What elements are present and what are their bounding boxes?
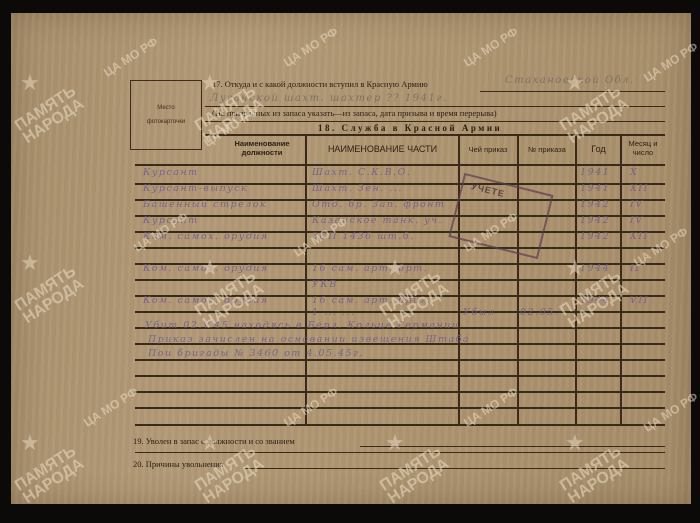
item20-underline <box>245 468 665 469</box>
cell-order-number: 02.05. <box>520 307 559 318</box>
table-top-border <box>205 134 665 136</box>
cell-month: XII <box>630 231 649 242</box>
cell-unit: Шахт. С.К.В.О. <box>312 167 411 178</box>
header-year: Год <box>577 145 620 154</box>
cell-position: Курсант <box>143 215 199 226</box>
note-line-3: Пои бригады № 3460 от 4.05.45г. <box>148 348 364 359</box>
cell-month: IV <box>630 215 644 226</box>
cell-position: Курсант-выпуск <box>143 183 248 194</box>
cell-unit: 16 сам. арт. бриг. <box>312 295 432 306</box>
cell-year: 1941 <box>580 183 610 194</box>
item17-underline-2 <box>205 106 665 107</box>
cell-unit: 1 ... ... <box>312 307 356 318</box>
item19-underline-2 <box>135 452 665 453</box>
table-bottom-border <box>135 424 665 426</box>
item19-underline-1 <box>360 446 665 447</box>
cell-month: VII <box>630 295 649 306</box>
header-order-number: № приказа <box>519 145 575 154</box>
cell-year: 1941 <box>580 167 610 178</box>
table-header-bottom <box>135 164 665 166</box>
cell-position: Ком. самох. орудия <box>143 295 269 306</box>
photo-label-1: Место <box>131 105 201 111</box>
cell-month: XII <box>630 183 649 194</box>
cell-year: 1942 <box>580 231 610 242</box>
item17-value-line1: Стахановской Обл. <box>505 75 635 86</box>
cell-unit: УКВ <box>312 279 338 290</box>
note-line-1: Убит 02.V.45 находясь в Берл. Кольце Гер… <box>145 320 459 331</box>
photo-label-2: фотокарточки <box>131 119 201 125</box>
cell-month: II <box>630 263 641 274</box>
header-position: Наименование должности <box>222 139 302 157</box>
cell-position: Ком. самох. орудия <box>143 231 269 242</box>
row-line <box>135 407 665 409</box>
photo-placeholder: Место фотокарточки <box>130 80 202 150</box>
cell-unit: Шахт. Зен. ... <box>312 183 403 194</box>
cell-unit: Казанское танк. уч. <box>312 215 443 226</box>
cell-unit: ЗСП 1436 шт.б. <box>312 231 415 242</box>
cell-position: Башенный стрелок <box>143 199 267 210</box>
item17-underline-1 <box>480 91 665 92</box>
header-whose-order: Чей приказ <box>460 145 516 154</box>
cell-whose-order: Убыл <box>463 307 495 318</box>
section18-title: 18. Служба в Красной Армии <box>318 123 502 133</box>
cell-year: 1944 <box>580 295 610 306</box>
row-line <box>135 247 665 249</box>
item19-label: 19. Уволен в запас с должности и со зван… <box>133 436 295 446</box>
item17-label: 17. Откуда и с какой должности вступил в… <box>212 79 428 89</box>
item17-underline-3 <box>205 121 665 122</box>
item17-value-line2: Луганской шахт. шахтер ?? 1941г. <box>210 93 448 104</box>
item20-label: 20. Причины увольнения <box>133 459 224 469</box>
cell-month: X <box>630 167 638 178</box>
cell-position: Курсант <box>143 167 199 178</box>
row-line <box>135 375 665 377</box>
header-month-day: Месяц и число <box>622 139 664 157</box>
stamp-text: УЧЕТЕ <box>470 181 506 199</box>
item17-note: (На призванных из запаса указать—из запа… <box>212 108 497 118</box>
cell-unit: 16 сам. арт. брт. <box>312 263 428 274</box>
cell-year: 1942 <box>580 199 610 210</box>
cell-unit: Отд. бр. Зап. фронт <box>312 199 446 210</box>
row-line <box>135 391 665 393</box>
cell-year: 1944 <box>580 263 610 274</box>
cell-month: IV <box>630 199 644 210</box>
cell-position: Ком. самох. орудия <box>143 263 269 274</box>
cell-year: 1942 <box>580 215 610 226</box>
row-line <box>135 279 665 281</box>
note-line-2: Приказ зачислен на основании извещения Ш… <box>148 334 470 345</box>
row-line <box>135 311 665 313</box>
row-line <box>135 359 665 361</box>
header-unit: НАИМЕНОВАНИЕ ЧАСТИ <box>310 145 455 154</box>
